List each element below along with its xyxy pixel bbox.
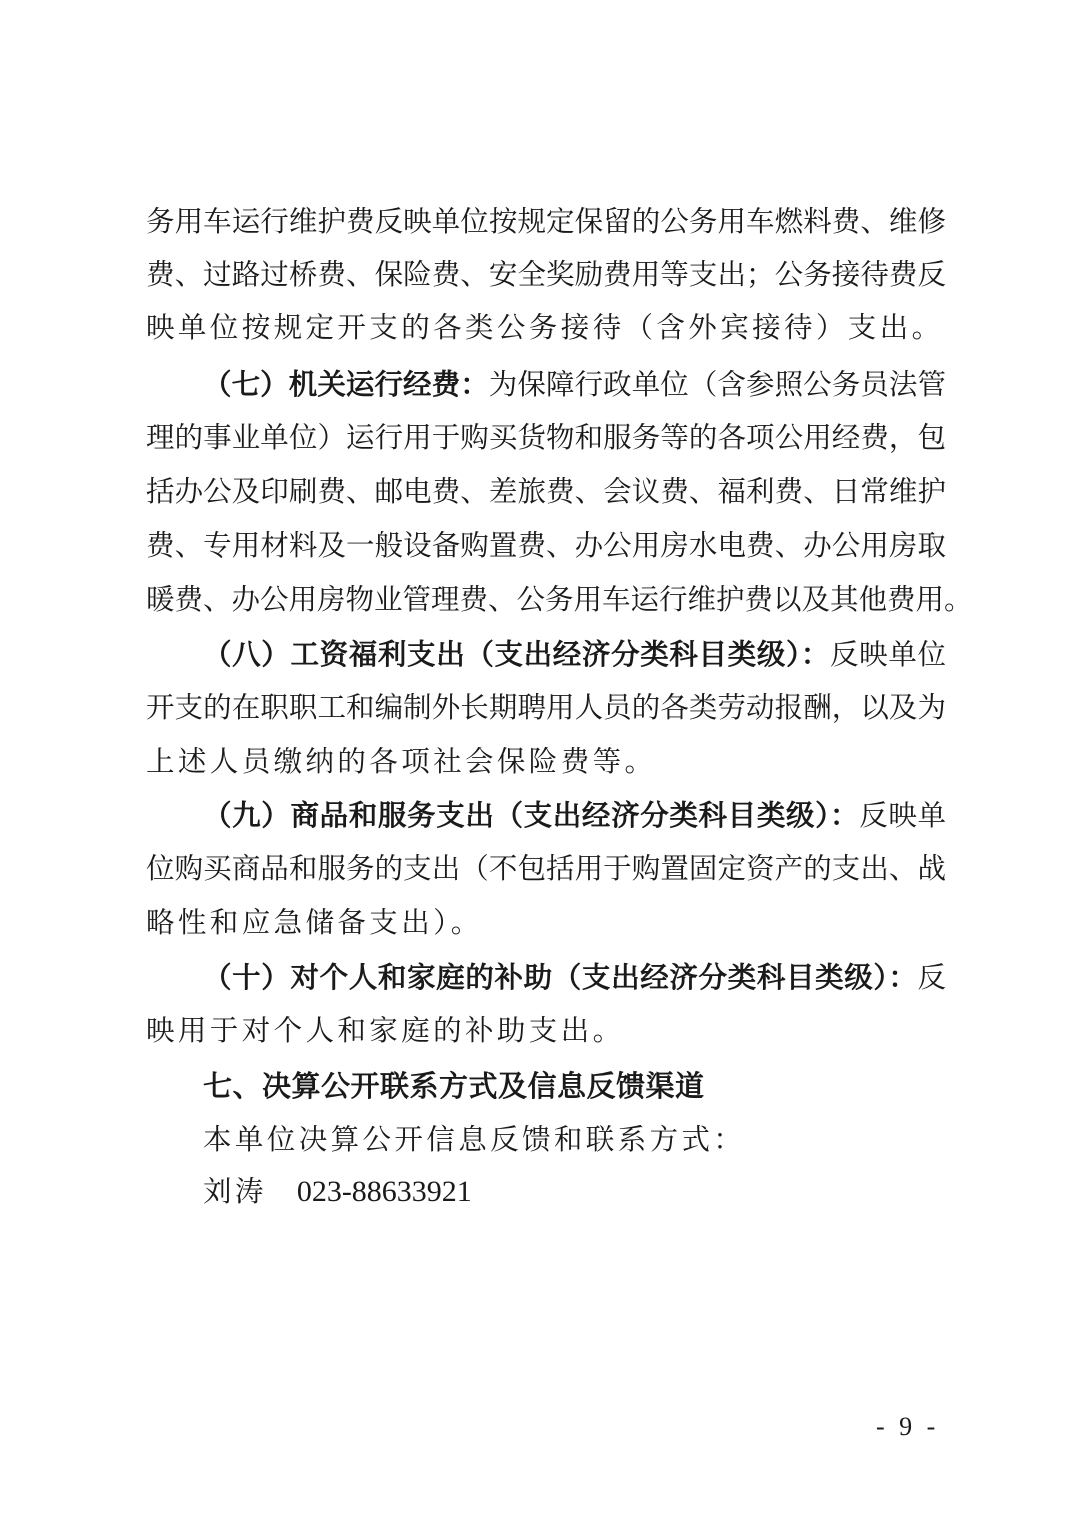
paragraph-line: 位购买商品和服务的支出（不包括用于购置固定资产的支出、战 — [146, 849, 946, 889]
contact-name: 刘涛 — [203, 1175, 267, 1208]
item-10-text: 反 — [917, 961, 946, 994]
item-10-lead: （十）对个人和家庭的补助（支出经济分类科目类级）： — [203, 960, 917, 994]
item-9-text: 反映单 — [859, 799, 946, 832]
item-10-first-line: （十）对个人和家庭的补助（支出经济分类科目类级）：反 — [203, 957, 946, 997]
item-8-lead: （八）工资福利支出（支出经济分类科目类级）： — [203, 637, 830, 671]
item-7-first-line: （七）机关运行经费：为保障行政单位（含参照公务员法管 — [203, 364, 946, 404]
section-heading: 七、决算公开联系方式及信息反馈渠道 — [203, 1066, 705, 1106]
document-page: 务用车运行维护费反映单位按规定保留的公务用车燃料费、维修 费、过路过桥费、保险费… — [0, 0, 1075, 1520]
item-9-lead: （九）商品和服务支出（支出经济分类科目类级）： — [203, 798, 859, 832]
paragraph-line: 务用车运行维护费反映单位按规定保留的公务用车燃料费、维修 — [146, 202, 946, 242]
paragraph-line: 费、专用材料及一般设备购置费、办公用房水电费、办公用房取 — [146, 526, 946, 566]
item-7-text: 为保障行政单位（含参照公务员法管 — [489, 368, 946, 401]
paragraph-line: 理的事业单位）运行用于购买货物和服务等的各项公用经费，包 — [146, 418, 946, 458]
paragraph-line: 括办公及印刷费、邮电费、差旅费、会议费、福利费、日常维护 — [146, 472, 946, 512]
item-8-text: 反映单位 — [830, 638, 946, 671]
item-7-lead: （七）机关运行经费： — [203, 367, 489, 401]
paragraph-line: 费、过路过桥费、保险费、安全奖励费用等支出；公务接待费反 — [146, 255, 946, 295]
contact-line: 刘涛023-88633921 — [203, 1172, 472, 1212]
contact-phone: 023-88633921 — [297, 1175, 472, 1208]
page-number: - 9 - — [876, 1412, 939, 1442]
paragraph-line: 映单位按规定开支的各类公务接待（含外宾接待）支出。 — [146, 308, 946, 348]
paragraph-line: 暖费、办公用房物业管理费、公务用车运行维护费以及其他费用。 — [146, 580, 946, 620]
paragraph-line: 映用于对个人和家庭的补助支出。 — [146, 1011, 946, 1051]
paragraph-line: 开支的在职职工和编制外长期聘用人员的各类劳动报酬，以及为 — [146, 688, 946, 728]
item-8-first-line: （八）工资福利支出（支出经济分类科目类级）：反映单位 — [203, 634, 946, 674]
paragraph-line: 上述人员缴纳的各项社会保险费等。 — [146, 742, 946, 782]
item-9-first-line: （九）商品和服务支出（支出经济分类科目类级）：反映单 — [203, 795, 946, 835]
paragraph-line: 略性和应急储备支出）。 — [146, 903, 946, 943]
contact-intro: 本单位决算公开信息反馈和联系方式： — [203, 1120, 745, 1160]
